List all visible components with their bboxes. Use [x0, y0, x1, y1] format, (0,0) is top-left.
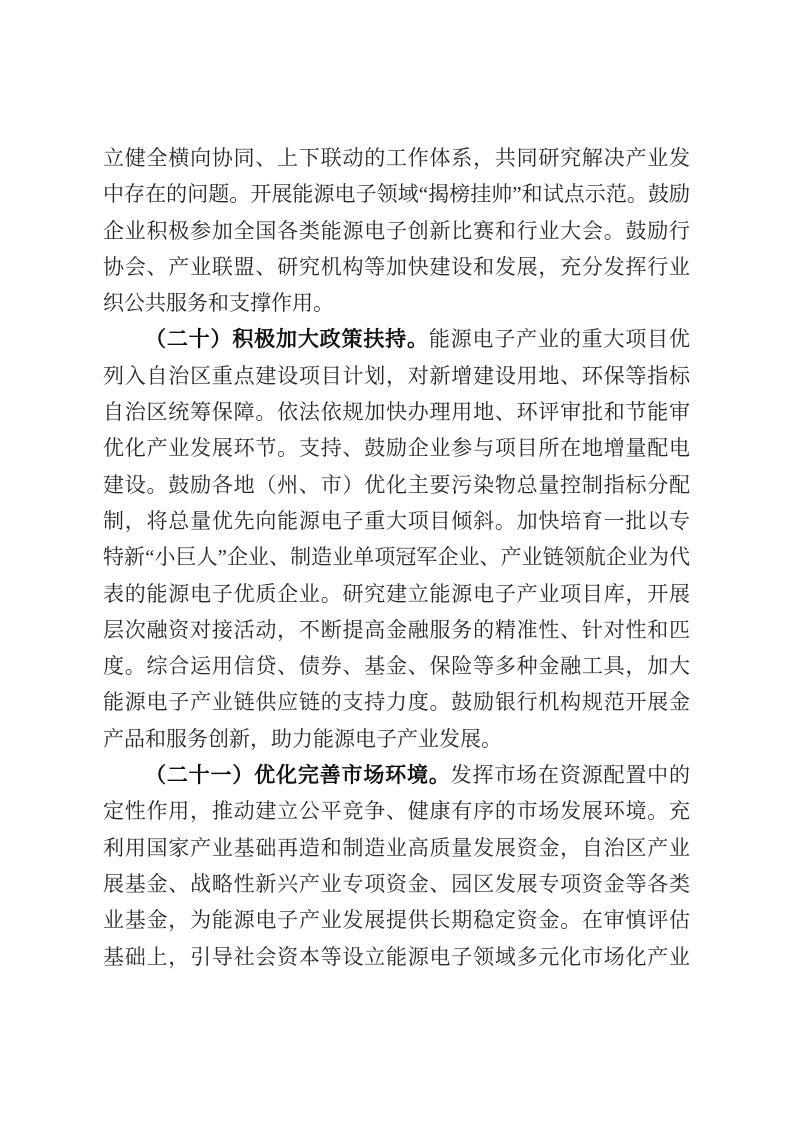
body-text: 中存在的问题。开展能源电子领域“揭榜挂帅”和试点示范。鼓励 [103, 182, 690, 206]
text-line: 基础上，引导社会资本等设立能源电子领域多元化市场化产业投 [103, 939, 690, 975]
text-line: 产品和服务创新，助力能源电子产业发展。 [103, 721, 690, 757]
text-line: 度。综合运用信贷、债券、基金、保险等多种金融工具，加大对 [103, 648, 690, 684]
text-line: 特新“小巨人”企业、制造业单项冠军企业、产业链领航企业为代 [103, 539, 690, 575]
body-text: 产品和服务创新，助力能源电子产业发展。 [103, 727, 502, 751]
body-text: 制，将总量优先向能源电子重大项目倾斜。加快培育一批以专精 [103, 509, 690, 539]
paragraph: 立健全横向协同、上下联动的工作体系，共同研究解决产业发展中存在的问题。开展能源电… [103, 140, 690, 321]
body-text: 展基金、战略性新兴产业专项资金、园区发展专项资金等各类产 [103, 872, 690, 902]
body-text: 业基金，为能源电子产业发展提供长期稳定资金。在审慎评估的 [103, 908, 690, 938]
body-text: 企业积极参加全国各类能源电子创新比赛和行业大会。鼓励行业 [103, 219, 690, 249]
paragraph: （二十一）优化完善市场环境。发挥市场在资源配置中的决定性作用，推动建立公平竞争、… [103, 757, 690, 975]
text-line: 制，将总量优先向能源电子重大项目倾斜。加快培育一批以专精 [103, 503, 690, 539]
text-line: 立健全横向协同、上下联动的工作体系，共同研究解决产业发展 [103, 140, 690, 176]
body-text: 层次融资对接活动，不断提高金融服务的精准性、针对性和匹配 [103, 618, 690, 648]
body-text: 特新“小巨人”企业、制造业单项冠军企业、产业链领航企业为代 [103, 545, 690, 569]
text-line: （二十）积极加大政策扶持。能源电子产业的重大项目优先 [103, 321, 690, 357]
body-text: 织公共服务和支撑作用。 [103, 291, 334, 315]
body-text: 建设。鼓励各地（州、市）优化主要污染物总量控制指标分配机 [103, 473, 690, 503]
text-line: 定性作用，推动建立公平竞争、健康有序的市场发展环境。充分 [103, 793, 690, 829]
document-text-block: 立健全横向协同、上下联动的工作体系，共同研究解决产业发展中存在的问题。开展能源电… [103, 140, 690, 975]
text-line: 企业积极参加全国各类能源电子创新比赛和行业大会。鼓励行业 [103, 213, 690, 249]
body-text: 表的能源电子优质企业。研究建立能源电子产业项目库，开展多 [103, 582, 690, 612]
body-text: 立健全横向协同、上下联动的工作体系，共同研究解决产业发展 [103, 146, 690, 176]
paragraph: （二十）积极加大政策扶持。能源电子产业的重大项目优先列入自治区重点建设项目计划，… [103, 321, 690, 757]
text-line: 能源电子产业链供应链的支持力度。鼓励银行机构规范开展金融 [103, 684, 690, 720]
text-line: 中存在的问题。开展能源电子领域“揭榜挂帅”和试点示范。鼓励 [103, 176, 690, 212]
text-line: （二十一）优化完善市场环境。发挥市场在资源配置中的决 [103, 757, 690, 793]
text-line: 自治区统筹保障。依法依规加快办理用地、环评审批和节能审查， [103, 394, 690, 430]
body-text: 能源电子产业链供应链的支持力度。鼓励银行机构规范开展金融 [103, 690, 690, 720]
body-text: 自治区统筹保障。依法依规加快办理用地、环评审批和节能审查， [103, 400, 690, 430]
text-line: 优化产业发展环节。支持、鼓励企业参与项目所在地增量配电网 [103, 430, 690, 466]
section-heading-text: （二十一）优化完善市场环境。 [145, 764, 451, 787]
text-line: 层次融资对接活动，不断提高金融服务的精准性、针对性和匹配 [103, 612, 690, 648]
document-page: 立健全横向协同、上下联动的工作体系，共同研究解决产业发展中存在的问题。开展能源电… [0, 0, 793, 1122]
text-line: 建设。鼓励各地（州、市）优化主要污染物总量控制指标分配机 [103, 467, 690, 503]
body-text: 定性作用，推动建立公平竞争、健康有序的市场发展环境。充分 [103, 799, 690, 829]
text-line: 协会、产业联盟、研究机构等加快建设和发展，充分发挥行业组 [103, 249, 690, 285]
text-line: 展基金、战略性新兴产业专项资金、园区发展专项资金等各类产 [103, 866, 690, 902]
text-line: 表的能源电子优质企业。研究建立能源电子产业项目库，开展多 [103, 576, 690, 612]
text-line: 利用国家产业基础再造和制造业高质量发展资金，自治区产业发 [103, 830, 690, 866]
text-line: 列入自治区重点建设项目计划，对新增建设用地、环保等指标由 [103, 358, 690, 394]
text-line: 织公共服务和支撑作用。 [103, 285, 690, 321]
body-text: 列入自治区重点建设项目计划，对新增建设用地、环保等指标由 [103, 364, 690, 394]
text-line: 业基金，为能源电子产业发展提供长期稳定资金。在审慎评估的 [103, 902, 690, 938]
body-text: 优化产业发展环节。支持、鼓励企业参与项目所在地增量配电网 [103, 436, 690, 466]
body-text: 基础上，引导社会资本等设立能源电子领域多元化市场化产业投 [103, 945, 690, 975]
body-text: 度。综合运用信贷、债券、基金、保险等多种金融工具，加大对 [103, 654, 690, 684]
body-text: 协会、产业联盟、研究机构等加快建设和发展，充分发挥行业组 [103, 255, 690, 285]
section-heading-text: （二十）积极加大政策扶持。 [145, 328, 429, 351]
body-text: 利用国家产业基础再造和制造业高质量发展资金，自治区产业发 [103, 836, 690, 866]
